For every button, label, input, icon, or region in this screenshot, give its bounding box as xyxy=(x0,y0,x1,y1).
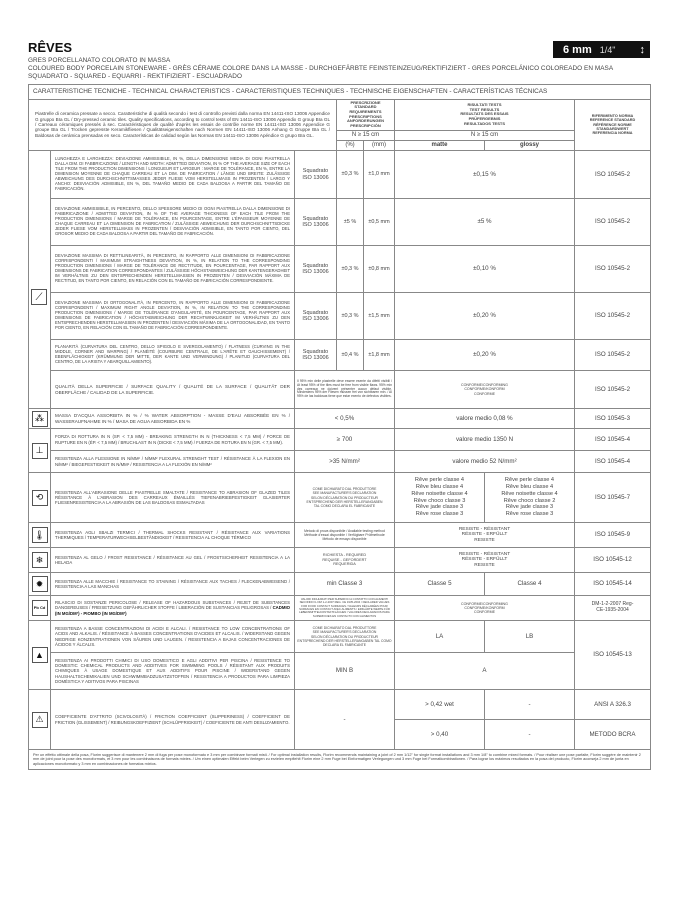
low-chemical-resistance-matte: LA xyxy=(395,621,485,653)
row-method: Squadrato ISO 13006 xyxy=(295,199,337,246)
table-row: Planarità (curvatura del centro, dello s… xyxy=(29,340,651,371)
table-row: Resistenza ai prodotti chimici di uso do… xyxy=(29,653,651,690)
water-drops-icon: ⁂ xyxy=(32,411,48,427)
table-row: Lunghezza e larghezza: deviazione ammiss… xyxy=(29,151,651,199)
domestic-chemical-resistance-prescription: MIN B xyxy=(295,653,395,690)
domestic-chemical-resistance-result: A xyxy=(395,653,575,690)
breaking-strength-description: Forza di rottura in N (sp. < 7,5 mm) - B… xyxy=(51,429,295,451)
row-reference: ISO 10545-2 xyxy=(575,293,651,340)
icon-cell xyxy=(29,151,51,409)
table-row: Deviazione ammissibile, in percento, del… xyxy=(29,199,651,246)
finish-glossy: glossy xyxy=(485,140,575,150)
row-tolerance-mm: ±1,5 mm xyxy=(364,293,395,340)
thickness-badge: 6 mm 1/4" ↕ xyxy=(553,41,650,58)
double-arrow-vertical-icon: ↕ xyxy=(640,44,646,56)
friction-prescription: - xyxy=(295,690,395,750)
frost-resistance-description: Resistenza al gelo / Frost resistance / … xyxy=(51,548,295,573)
flexural-strength-prescription: >35 N/mm² xyxy=(295,451,395,473)
row-reference: ISO 10545-2 xyxy=(575,246,651,293)
domestic-chemical-resistance-description: Resistenza ai prodotti chimici di uso do… xyxy=(51,653,295,690)
table-row: ▲ Resistenza a basse concentrazioni di a… xyxy=(29,621,651,653)
table-row: ⚠ Coefficiente d'attrito (scivolosità) /… xyxy=(29,690,651,720)
prescription-size: N ≥ 15 cm xyxy=(337,130,395,140)
row-tolerance-percent: ±0,3 % xyxy=(337,246,364,293)
hazardous-substances-reference: DM-1-2-2007 Reg- CE-1935-2004 xyxy=(575,596,651,621)
row-tolerance-mm: ±0,8 mm xyxy=(364,246,395,293)
flexural-strength-result: valore medio 52 N/mm² xyxy=(395,451,575,473)
row-tolerance-percent: ±5 % xyxy=(337,199,364,246)
table-row: Resistenza alla flessione in N/mm² / N/m… xyxy=(29,451,651,473)
col-header-results: RISULTATI TESTS TEST RESULTS RESULTATS D… xyxy=(395,99,575,130)
low-chemical-resistance-description: Resistenza a basse concentrazioni di aci… xyxy=(51,621,295,653)
water-absorption-description: Massa d'acqua assorbita in % / % water a… xyxy=(51,409,295,429)
col-header-prescription: PRESCRIZIONE STANDARD REQUIREMENTS PRESC… xyxy=(337,99,395,130)
hazardous-substances-prescription: VALORI DICHIARATI PER SUPERFICI A CONTAT… xyxy=(295,596,395,621)
breaking-strength-result: valore medio 1350 N xyxy=(395,429,575,451)
row-reference: ISO 10545-2 xyxy=(575,340,651,371)
chemical-resistance-reference: ISO 10545-13 xyxy=(575,621,651,690)
abrasion-icon: ⟲ xyxy=(32,490,48,506)
surface-quality-prescription: Il 95% min delle piastrelle deve essere … xyxy=(295,371,395,409)
installation-footnote: Per un effetto ottimale della posa, Flor… xyxy=(29,750,651,770)
friction-reference-bcra: METODO BCRA xyxy=(575,720,651,750)
frost-resistance-prescription: RICHIESTA - REQUIRED REQUISE - GEFORDERT… xyxy=(295,548,395,573)
row-result: ±0,10 % xyxy=(395,246,575,293)
snowflake-icon: ❄ xyxy=(32,552,48,568)
row-method: Squadrato ISO 13006 xyxy=(295,151,337,199)
stain-icon: ✹ xyxy=(32,576,48,592)
table-row: ❄ Resistenza al gelo / Frost resistance … xyxy=(29,548,651,573)
row-tolerance-mm: ±1,0 mm xyxy=(364,151,395,199)
row-result: ±0,20 % xyxy=(395,293,575,340)
abrasion-glossy-list: Rêve perle classe 4Rêve bleu classe 4Rêv… xyxy=(485,473,575,523)
row-method: Squadrato ISO 13006 xyxy=(295,246,337,293)
row-tolerance-mm: ±0,5 mm xyxy=(364,199,395,246)
table-row: Qualità della superficie / Surface quali… xyxy=(29,371,651,409)
low-chemical-resistance-glossy: LB xyxy=(485,621,575,653)
row-tolerance-mm: ±1,8 mm xyxy=(364,340,395,371)
thickness-mm: 6 mm xyxy=(563,44,592,56)
thermal-shock-result: RESISTE - RÉSISTANT RÉSISTE - ERFÜLLT RE… xyxy=(395,523,575,548)
abrasion-description: Resistenza all'abrasione delle piastrell… xyxy=(51,473,295,523)
low-chemical-resistance-prescription: COME DICHIARATO DAL PRODUTTORE SEE MANUF… xyxy=(295,621,395,653)
friction-glossy-bcra: - xyxy=(485,720,575,750)
pb-cd-icon: Pb Cd xyxy=(32,600,48,616)
table-row: ⁂ Massa d'acqua assorbita in % / % water… xyxy=(29,409,651,429)
frost-resistance-result: RESISTE - RÉSISTANT RÉSISTE - ERFÜLLT RE… xyxy=(395,548,575,573)
row-description: Deviazione massima di ortogonalità, in p… xyxy=(51,293,295,340)
row-reference: ISO 10545-2 xyxy=(575,199,651,246)
thermometer-icon: 🌡 xyxy=(32,527,48,543)
water-absorption-prescription: < 0,5% xyxy=(295,409,395,429)
hazardous-substances-description: Rilascio di sostanze pericolose / Releas… xyxy=(51,596,295,621)
row-tolerance-percent: ±0,4 % xyxy=(337,340,364,371)
surface-quality-reference: ISO 10545-2 xyxy=(575,371,651,409)
stain-resistance-matte: Classe 5 xyxy=(395,573,485,596)
table-row: ⟲ Resistenza all'abrasione delle piastre… xyxy=(29,473,651,523)
table-row: Pb Cd Rilascio di sostanze pericolose / … xyxy=(29,596,651,621)
friction-matte-ansi: > 0,42 wet xyxy=(395,690,485,720)
breaking-load-icon: ⊥ xyxy=(32,443,48,459)
abrasion-reference: ISO 10545-7 xyxy=(575,473,651,523)
flexural-strength-reference: ISO 10545-4 xyxy=(575,451,651,473)
row-tolerance-percent: ±0,3 % xyxy=(337,293,364,340)
thickness-inch: 1/4" xyxy=(600,45,616,55)
row-result: ±0,15 % xyxy=(395,151,575,199)
subtitle-line-3: SQUADRATO - SQUARED - EQUARRI - REKTIFIZ… xyxy=(28,73,242,80)
breaking-strength-prescription: ≥ 700 xyxy=(295,429,395,451)
frost-resistance-reference: ISO 10545-12 xyxy=(575,548,651,573)
unit-mm: (mm) xyxy=(364,140,395,150)
row-description: Deviazione massima di rettilinearità, in… xyxy=(51,246,295,293)
friction-glossy-ansi: - xyxy=(485,690,575,720)
row-result: ±0,20 % xyxy=(395,340,575,371)
water-absorption-reference: ISO 10545-3 xyxy=(575,409,651,429)
table-row: ⊥ Forza di rottura in N (sp. < 7,5 mm) -… xyxy=(29,429,651,451)
slip-icon: ⚠ xyxy=(32,712,48,728)
tile-dimensions-icon: ⟋ xyxy=(31,289,47,305)
technical-characteristics-table: CARATTERISTICHE TECNICHE - TECHNICAL CHA… xyxy=(28,84,651,770)
table-row: Deviazione massima di rettilinearità, in… xyxy=(29,246,651,293)
product-title: RÊVES xyxy=(28,40,72,55)
friction-matte-bcra: > 0,40 xyxy=(395,720,485,750)
row-tolerance-percent: ±0,3 % xyxy=(337,151,364,199)
finish-matte: matte xyxy=(395,140,485,150)
table-row: ✹ Resistenza alle macchie / Resistance t… xyxy=(29,573,651,596)
row-description: Planarità (curvatura del centro, dello s… xyxy=(51,340,295,371)
friction-reference-ansi: ANSI A 326.3 xyxy=(575,690,651,720)
stain-resistance-glossy: Classe 4 xyxy=(485,573,575,596)
row-result: ±5 % xyxy=(395,199,575,246)
subtitle-line-1: GRES PORCELLANATO COLORATO IN MASSA xyxy=(28,57,170,64)
stain-resistance-reference: ISO 10545-14 xyxy=(575,573,651,596)
surface-quality-result: CONFORME/CONFORMING CONFORME/KONFORM CON… xyxy=(395,371,575,409)
table-row: 🌡 Resistenza agli sbalzi termici / Therm… xyxy=(29,523,651,548)
water-absorption-result: valore medio 0,08 % xyxy=(395,409,575,429)
flexural-strength-description: Resistenza alla flessione in N/mm² / N/m… xyxy=(51,451,295,473)
stain-resistance-prescription: min Classe 3 xyxy=(295,573,395,596)
stain-resistance-description: Resistenza alle macchie / Resistance to … xyxy=(51,573,295,596)
results-size: N ≥ 15 cm xyxy=(395,130,575,140)
thermal-shock-description: Resistenza agli sbalzi termici / Thermal… xyxy=(51,523,295,548)
row-description: Deviazione ammissibile, in percento, del… xyxy=(51,199,295,246)
row-method: Squadrato ISO 13006 xyxy=(295,293,337,340)
abrasion-prescription: COME DICHIARATO DAL PRODUTTORE SEE MANUF… xyxy=(295,473,395,523)
hazardous-substances-result: CONFORME/CONFORMING CONFORME/KONFORM CON… xyxy=(395,596,575,621)
flask-icon: ▲ xyxy=(32,647,48,663)
friction-description: Coefficiente d'attrito (scivolosità) / F… xyxy=(51,690,295,750)
unit-percent: (%) xyxy=(337,140,364,150)
breaking-strength-reference: ISO 10545-4 xyxy=(575,429,651,451)
intro-text: Piastrelle di ceramica pressate a secco.… xyxy=(29,99,337,150)
abrasion-matte-list: Rêve perle classe 4Rêve bleu classe 4Rêv… xyxy=(395,473,485,523)
row-method: Squadrato ISO 13006 xyxy=(295,340,337,371)
row-description: Lunghezza e larghezza: deviazione ammiss… xyxy=(51,151,295,199)
thermal-shock-prescription: Metodo di prova disponibile / Available … xyxy=(295,523,395,548)
col-header-reference: RIFERIMENTO NORMA REFERENCE STANDARD RÉF… xyxy=(575,99,651,150)
table-caption: CARATTERISTICHE TECNICHE - TECHNICAL CHA… xyxy=(29,85,651,100)
row-reference: ISO 10545-2 xyxy=(575,151,651,199)
subtitle-line-2: COLOURED BODY PORCELAIN STONEWARE - GRÈS… xyxy=(28,65,613,72)
thermal-shock-reference: ISO 10545-9 xyxy=(575,523,651,548)
surface-quality-description: Qualità della superficie / Surface quali… xyxy=(51,371,295,409)
table-row: Deviazione massima di ortogonalità, in p… xyxy=(29,293,651,340)
